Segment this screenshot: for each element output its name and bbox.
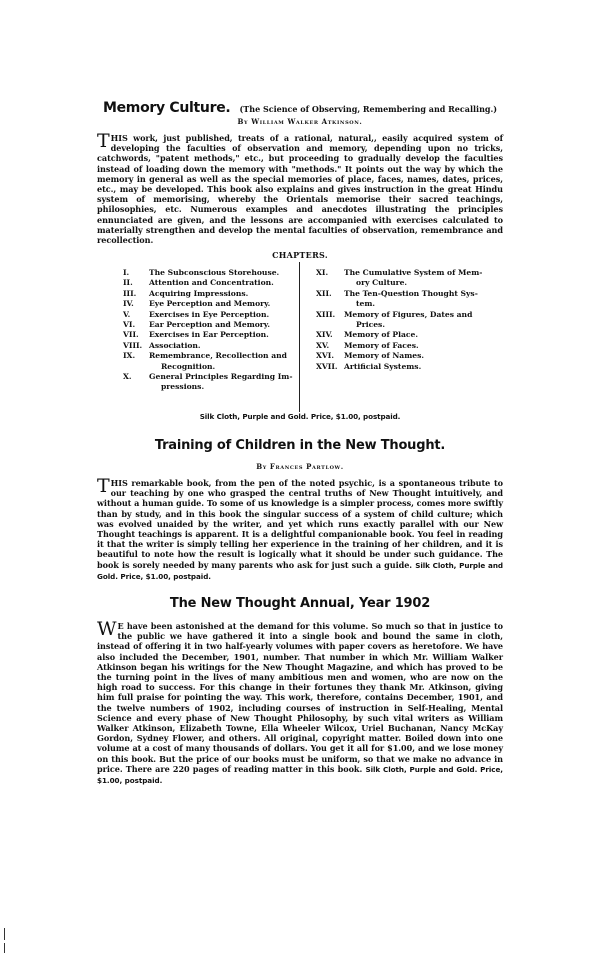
memory-culture-byline: By William Walker Atkinson.: [97, 117, 503, 126]
annual-1902-description: WE have been astonished at the demand fo…: [97, 621, 503, 786]
training-children-byline: By Frances Partlow.: [97, 462, 503, 471]
memory-culture-heading: Memory Culture. (The Science of Observin…: [97, 97, 503, 116]
column-divider: [299, 262, 300, 412]
chapter-title-line: The Subconscious Storehouse.: [149, 268, 279, 277]
memory-culture-price: Silk Cloth, Purple and Gold. Price, $1.0…: [97, 412, 503, 421]
chapter-number: XIII.: [316, 310, 344, 331]
chapter-title: Remembrance, Recollection andRecognition…: [149, 351, 313, 372]
memory-culture-description: THIS work, just published, treats of a r…: [97, 133, 503, 245]
chapter-item: III.Acquiring Impressions.: [123, 289, 313, 299]
chapter-title-continuation: ory Culture.: [344, 278, 502, 288]
training-children-title: Training of Children in the New Thought.: [97, 438, 503, 453]
memory-culture-body: HIS work, just published, treats of a ra…: [97, 133, 503, 245]
chapter-title-continuation: Recognition.: [149, 362, 313, 372]
scan-edge-mark: [4, 928, 5, 940]
chapter-item: IX.Remembrance, Recollection andRecognit…: [123, 351, 313, 372]
chapter-title: Association.: [149, 341, 313, 351]
chapter-title-line: Association.: [149, 341, 201, 350]
chapter-title-line: Exercises in Eye Perception.: [149, 310, 269, 319]
chapter-number: X.: [123, 372, 149, 393]
chapter-number: XVI.: [316, 351, 344, 361]
chapter-title: The Subconscious Storehouse.: [149, 268, 313, 278]
chapter-title: Eye Perception and Memory.: [149, 299, 313, 309]
chapter-title: Exercises in Eye Perception.: [149, 310, 313, 320]
chapters-list-right: XI.The Cumulative System of Mem-ory Cult…: [316, 268, 502, 372]
chapter-number: XII.: [316, 289, 344, 310]
chapter-title: Attention and Concentration.: [149, 278, 313, 288]
chapter-item: II.Attention and Concentration.: [123, 278, 313, 288]
chapter-number: XIV.: [316, 330, 344, 340]
chapter-title-continuation: pressions.: [149, 382, 313, 392]
chapter-title-line: The Ten-Question Thought Sys-: [344, 289, 478, 298]
chapter-title-continuation: tem.: [344, 299, 502, 309]
scan-edge-mark: [4, 943, 5, 953]
chapter-title: Exercises in Ear Perception.: [149, 330, 313, 340]
chapter-number: VIII.: [123, 341, 149, 351]
chapter-item: IV.Eye Perception and Memory.: [123, 299, 313, 309]
chapter-title-line: General Principles Regarding Im-: [149, 372, 292, 381]
chapter-title: Memory of Faces.: [344, 341, 502, 351]
chapter-number: I.: [123, 268, 149, 278]
chapter-title-line: Ear Perception and Memory.: [149, 320, 270, 329]
chapter-item: X.General Principles Regarding Im-pressi…: [123, 372, 313, 393]
chapter-number: II.: [123, 278, 149, 288]
chapter-title-line: Exercises in Ear Perception.: [149, 330, 269, 339]
chapter-number: IV.: [123, 299, 149, 309]
chapter-number: III.: [123, 289, 149, 299]
chapter-title: Memory of Names.: [344, 351, 502, 361]
chapter-item: XVII.Artificial Systems.: [316, 362, 502, 372]
drop-cap: T: [97, 134, 110, 149]
chapter-item: XVI.Memory of Names.: [316, 351, 502, 361]
chapter-title-line: Eye Perception and Memory.: [149, 299, 270, 308]
chapter-title: The Cumulative System of Mem-ory Culture…: [344, 268, 502, 289]
chapter-item: V.Exercises in Eye Perception.: [123, 310, 313, 320]
chapters-list-left: I.The Subconscious Storehouse.II.Attenti…: [123, 268, 313, 393]
chapter-title-line: Memory of Figures, Dates and: [344, 310, 472, 319]
chapter-number: V.: [123, 310, 149, 320]
chapter-title-line: The Cumulative System of Mem-: [344, 268, 482, 277]
chapter-title: Acquiring Impressions.: [149, 289, 313, 299]
drop-cap: T: [97, 479, 110, 494]
chapter-item: VIII.Association.: [123, 341, 313, 351]
chapter-number: VI.: [123, 320, 149, 330]
chapter-item: XIII.Memory of Figures, Dates andPrices.: [316, 310, 502, 331]
chapter-title-line: Attention and Concentration.: [149, 278, 274, 287]
annual-1902-title: The New Thought Annual, Year 1902: [97, 596, 503, 611]
chapter-title-line: Memory of Faces.: [344, 341, 419, 350]
chapter-number: VII.: [123, 330, 149, 340]
chapter-title-line: Memory of Place.: [344, 330, 418, 339]
chapter-title-line: Acquiring Impressions.: [149, 289, 248, 298]
chapter-title-continuation: Prices.: [344, 320, 502, 330]
annual-1902-body: E have been astonished at the demand for…: [97, 621, 503, 774]
chapter-title: The Ten-Question Thought Sys-tem.: [344, 289, 502, 310]
memory-culture-title: Memory Culture.: [103, 100, 230, 116]
chapter-title: Ear Perception and Memory.: [149, 320, 313, 330]
chapter-number: XI.: [316, 268, 344, 289]
chapter-item: I.The Subconscious Storehouse.: [123, 268, 313, 278]
chapter-title: Memory of Figures, Dates andPrices.: [344, 310, 502, 331]
chapter-number: XVII.: [316, 362, 344, 372]
drop-cap: W: [97, 622, 116, 637]
chapter-title: Memory of Place.: [344, 330, 502, 340]
chapter-item: XV.Memory of Faces.: [316, 341, 502, 351]
chapter-title: Artificial Systems.: [344, 362, 502, 372]
chapter-title-line: Artificial Systems.: [344, 362, 421, 371]
chapter-item: VI.Ear Perception and Memory.: [123, 320, 313, 330]
chapter-number: XV.: [316, 341, 344, 351]
training-children-body: HIS remarkable book, from the pen of the…: [97, 478, 503, 570]
chapter-title: General Principles Regarding Im-pression…: [149, 372, 313, 393]
chapter-title-line: Remembrance, Recollection and: [149, 351, 287, 360]
chapter-item: XII.The Ten-Question Thought Sys-tem.: [316, 289, 502, 310]
training-children-description: THIS remarkable book, from the pen of th…: [97, 478, 503, 582]
chapter-item: XIV.Memory of Place.: [316, 330, 502, 340]
chapters-heading: CHAPTERS.: [97, 250, 503, 260]
chapter-item: XI.The Cumulative System of Mem-ory Cult…: [316, 268, 502, 289]
chapter-title-line: Memory of Names.: [344, 351, 424, 360]
memory-culture-subtitle: (The Science of Observing, Remembering a…: [240, 104, 498, 114]
chapter-number: IX.: [123, 351, 149, 372]
chapter-item: VII.Exercises in Ear Perception.: [123, 330, 313, 340]
